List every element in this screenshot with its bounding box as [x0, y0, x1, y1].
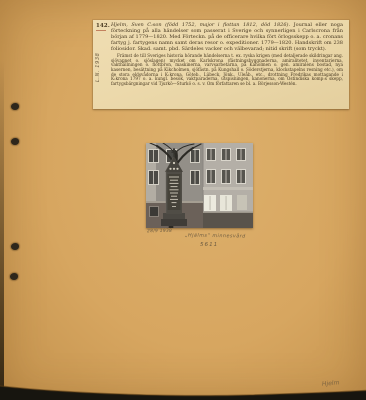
- photo-date-note: 28/9 1938: [147, 229, 172, 234]
- monument-photograph: [146, 143, 253, 228]
- entry-number-red-mark: [96, 30, 106, 31]
- margin-pencil-note: L.N. 1938: [95, 53, 101, 82]
- photo-caption: „Hjälms” minnesvård: [185, 233, 246, 239]
- hole-punch: [11, 103, 19, 110]
- hole-punch: [10, 273, 18, 280]
- catalog-entry-notes: Främst de till Sveriges historia hörande…: [111, 54, 343, 87]
- entry-number: 142.: [96, 23, 110, 29]
- hole-punch: [11, 138, 19, 145]
- photo-number-note: 5611: [200, 242, 218, 248]
- page-bottom-edge: [0, 378, 366, 400]
- hole-punch: [11, 243, 19, 250]
- album-page: 142. Hjelm, Sven C:son (född 1752, major…: [0, 0, 366, 400]
- page-left-edge-shadow: [0, 60, 4, 400]
- catalog-clipping: 142. Hjelm, Sven C:son (född 1752, major…: [93, 20, 349, 109]
- catalog-entry-paragraph: Hjelm, Sven C:son (född 1752, major i fl…: [111, 23, 343, 52]
